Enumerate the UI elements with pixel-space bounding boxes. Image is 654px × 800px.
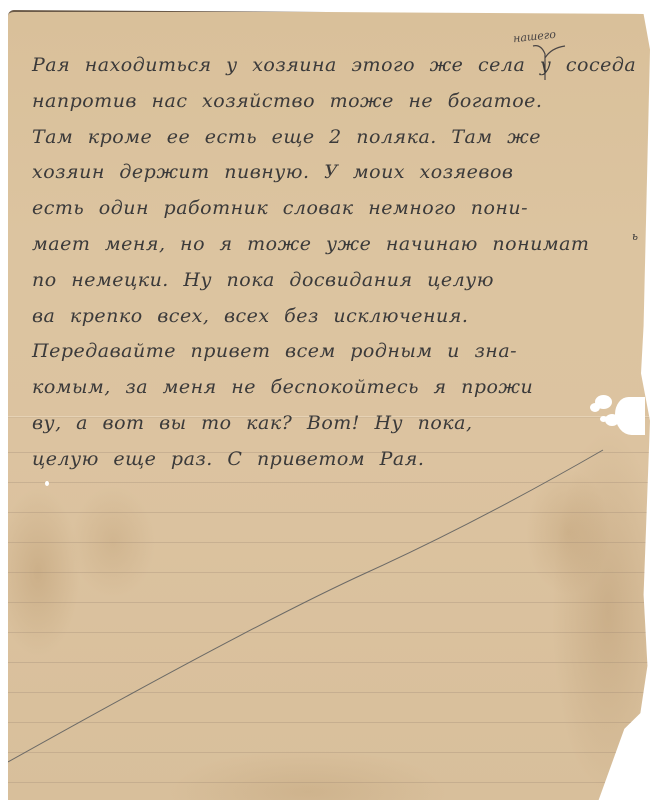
ruled-line bbox=[8, 632, 650, 633]
paper-hole bbox=[605, 414, 619, 426]
letter-line: Рая находиться у хозяина этого же села у… bbox=[32, 48, 642, 84]
letter-line: мает меня, но я тоже уже начинаю понимат bbox=[32, 227, 642, 263]
letter-line: комым, за меня не беспокойтесь я прожи bbox=[32, 370, 642, 406]
letter-line: хозяин держит пивную. У моих хозяевов bbox=[32, 155, 642, 191]
letter-line: ва крепко всех, всех без исключения. bbox=[32, 299, 642, 335]
ruled-line bbox=[8, 602, 650, 603]
ruled-line bbox=[8, 542, 650, 543]
letter-line: Передавайте привет всем родным и зна- bbox=[32, 334, 642, 370]
ruled-line bbox=[8, 662, 650, 663]
letter-paper: нашего ь Рая находиться у хозяина этого … bbox=[8, 10, 650, 800]
letter-line: по немецки. Ну пока досвидания целую bbox=[32, 263, 642, 299]
paper-hole bbox=[615, 397, 645, 435]
ruled-line bbox=[8, 482, 650, 483]
ruled-line bbox=[8, 512, 650, 513]
paper-hole bbox=[45, 481, 49, 486]
letter-body: Рая находиться у хозяина этого же села у… bbox=[32, 48, 642, 478]
letter-line: ву, а вот вы то как? Вот! Ну пока, bbox=[32, 406, 642, 442]
ruled-line bbox=[8, 692, 650, 693]
letter-line: Там кроме ее есть еще 2 поляка. Там же bbox=[32, 120, 642, 156]
letter-line: целую еще раз. С приветом Рая. bbox=[32, 442, 642, 478]
ruled-line bbox=[8, 572, 650, 573]
letter-line: напротив нас хозяйство тоже не богатое. bbox=[32, 84, 642, 120]
ruled-line bbox=[8, 752, 650, 753]
ruled-line bbox=[8, 722, 650, 723]
letter-line: есть один работник словак немного пони- bbox=[32, 191, 642, 227]
ruled-line bbox=[8, 782, 650, 783]
paper-hole bbox=[590, 403, 600, 412]
